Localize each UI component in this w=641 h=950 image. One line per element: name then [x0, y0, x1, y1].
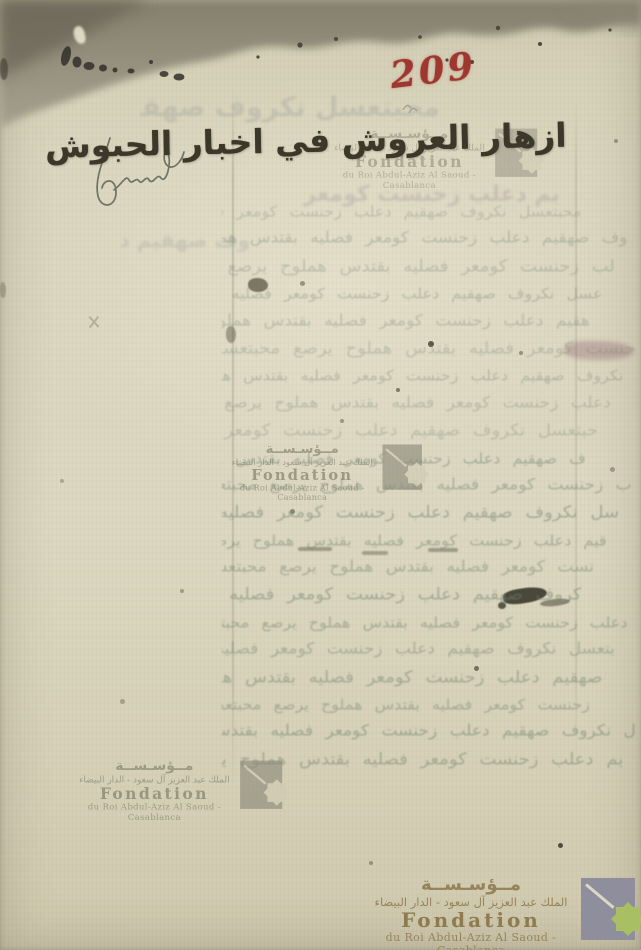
watermark-latin-subtitle: du Roi Abdul-Aziz Al Saoud - Casablanca: [368, 931, 574, 950]
eight-point-star-icon: [404, 462, 429, 487]
watermark-latin-title: Fondation: [74, 785, 235, 802]
manuscript-page: 209 محبتعسل نكروف صهقيم دعلب ز يم دعلب ز…: [0, 0, 641, 950]
watermark-arabic-subtitle: الملك عبد العزيز آل سعود - الدار البيضاء: [368, 895, 574, 909]
watermark-foundation-bottom-right: مــؤسـســة الملك عبد العزيز آل سعود - ال…: [368, 876, 641, 950]
foundation-logo: [382, 443, 427, 491]
watermark-arabic-title: مــؤسـســة: [368, 876, 574, 895]
eight-point-star-icon: [264, 779, 291, 806]
watermark-arabic-title: مــؤسـســة: [227, 443, 377, 457]
watermark-arabic-title: مــؤسـســة: [74, 759, 235, 774]
foundation-logo: [581, 876, 641, 942]
eight-point-star-icon: [611, 902, 641, 936]
foundation-logo: [240, 759, 288, 810]
watermark-latin-title: Fondation: [368, 909, 574, 931]
pencil-x-mark: [88, 316, 100, 328]
watermark-foundation-bottom-left: مــؤسـســة الملك عبد العزيز آل سعود - ال…: [74, 759, 289, 823]
watermark-latin-title: Fondation: [227, 467, 377, 483]
watermark-latin-subtitle: du Roi Abdul-Aziz Al Saoud - Casablanca: [74, 802, 235, 823]
watermark-latin-subtitle: du Roi Abdul-Aziz Al Saoud - Casablanca: [329, 170, 490, 191]
watermark-latin-subtitle: du Roi Abdul-Aziz Al Saoud - Casablanca: [227, 483, 377, 502]
ink-smudges: [55, 26, 205, 86]
watermark-foundation-middle: مــؤسـســة الملك عبد العزيز آل سعود - ال…: [227, 443, 428, 503]
